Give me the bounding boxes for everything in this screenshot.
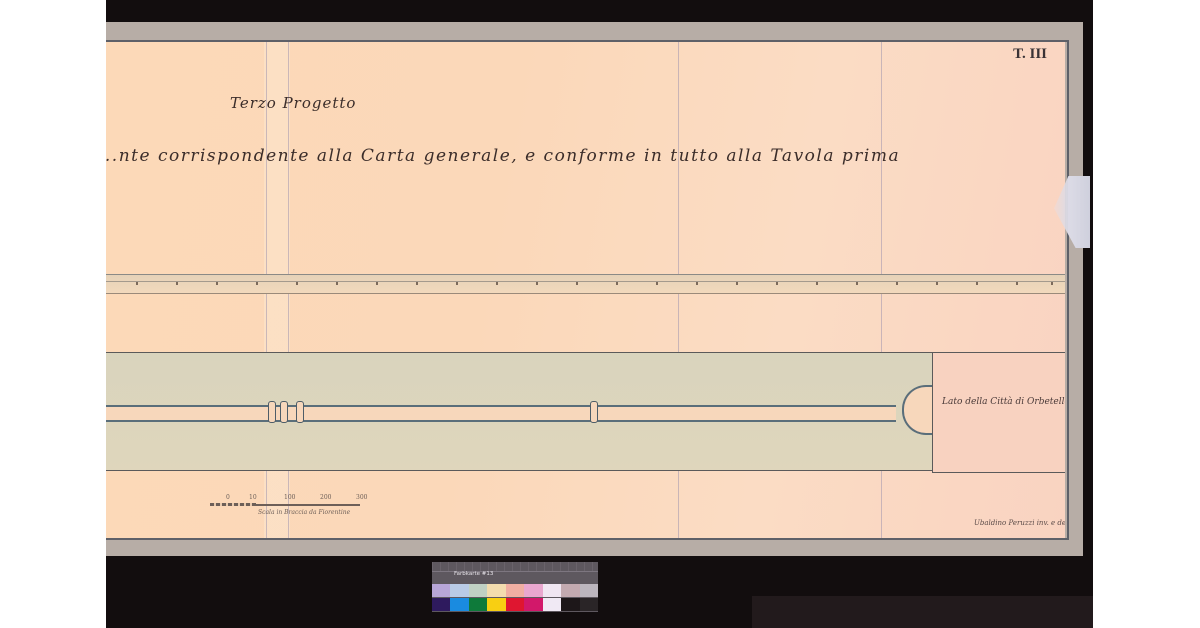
canal-zone-bottom-line bbox=[106, 470, 932, 471]
color-swatch bbox=[432, 598, 450, 611]
plate-number: T. III bbox=[1013, 46, 1047, 63]
lock-icon bbox=[268, 401, 276, 423]
city-side-block bbox=[932, 352, 1065, 473]
scale-bar-subdivision bbox=[210, 503, 256, 506]
scale-tick-label: 300 bbox=[356, 494, 367, 501]
color-swatch bbox=[469, 598, 487, 611]
color-swatch bbox=[487, 584, 505, 597]
author-signature: Ubaldino Peruzzi inv. e del. bbox=[974, 519, 1065, 527]
color-swatch bbox=[580, 584, 598, 597]
color-swatch bbox=[487, 598, 505, 611]
lock-icon bbox=[590, 401, 598, 423]
scale-tick-label: 0 bbox=[226, 494, 230, 501]
map-paper: Terzo Progetto ...nte corrispondente all… bbox=[106, 42, 1065, 538]
road-centerline bbox=[106, 281, 1065, 282]
lock-icon bbox=[296, 401, 304, 423]
color-swatch bbox=[580, 598, 598, 611]
lock-icon bbox=[280, 401, 288, 423]
color-swatch bbox=[506, 598, 524, 611]
color-swatch bbox=[524, 584, 542, 597]
road-strip bbox=[106, 274, 1065, 294]
card-title: Farbkarte #13 bbox=[454, 571, 493, 577]
swatch-row-saturated bbox=[432, 598, 598, 611]
scale-tick-label: 100 bbox=[284, 494, 295, 501]
scale-caption: Scala in Braccia da Fiorentine bbox=[258, 509, 350, 516]
scale-tick-label: 10 bbox=[249, 494, 257, 501]
scale-tick-label: 200 bbox=[320, 494, 331, 501]
color-swatch bbox=[450, 584, 468, 597]
map-title: ...nte corrispondente alla Carta general… bbox=[106, 146, 900, 166]
color-swatch bbox=[524, 598, 542, 611]
color-swatch bbox=[543, 584, 561, 597]
color-swatch bbox=[561, 584, 579, 597]
canal-channel bbox=[106, 405, 896, 422]
color-swatch bbox=[543, 598, 561, 611]
swatch-row-light bbox=[432, 584, 598, 597]
color-swatch bbox=[469, 584, 487, 597]
color-swatch bbox=[506, 584, 524, 597]
city-side-label: Lato della Città di Orbetello bbox=[942, 397, 1065, 407]
color-swatch bbox=[561, 598, 579, 611]
color-swatch bbox=[432, 584, 450, 597]
scan-background-lower bbox=[752, 596, 1093, 628]
color-swatch bbox=[450, 598, 468, 611]
color-calibration-card: Farbkarte #13 bbox=[432, 562, 598, 612]
map-subtitle: Terzo Progetto bbox=[230, 94, 356, 112]
